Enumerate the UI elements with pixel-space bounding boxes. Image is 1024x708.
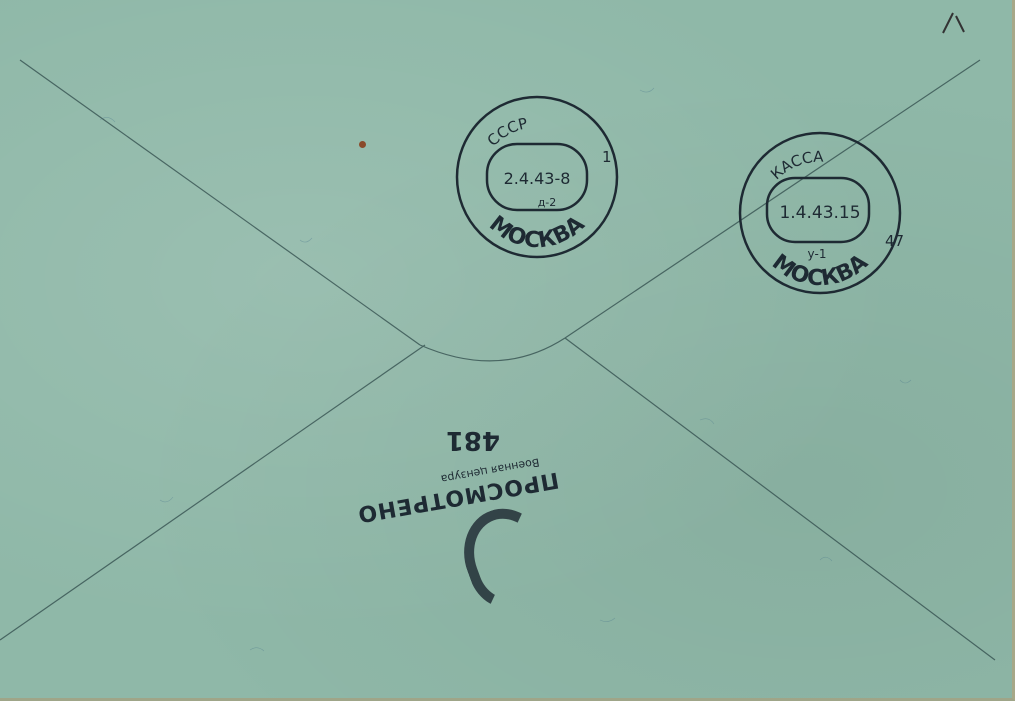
postmark-2-office: 47: [885, 232, 904, 250]
postmark-2-sub: у-1: [807, 247, 826, 261]
postmark-2-date: 1.4.43.15: [779, 203, 860, 223]
postmark-moscow-1: МОСКВА СССР 2.4.43-8 д-2 1: [452, 92, 622, 262]
censor-number: 481: [446, 425, 500, 455]
postmark-1-office: 1: [602, 148, 612, 166]
postmark-moscow-47: МОСКВА КАССА 1.4.43.15 у-1 47: [735, 128, 905, 298]
postmark-1-date: 2.4.43-8: [504, 169, 571, 188]
postmark-1-sub: д-2: [538, 196, 557, 209]
pencil-mark: [938, 8, 968, 38]
stain-spot: [359, 141, 366, 148]
envelope-back: МОСКВА СССР 2.4.43-8 д-2 1 МОСКВА КАССА …: [0, 0, 1015, 701]
